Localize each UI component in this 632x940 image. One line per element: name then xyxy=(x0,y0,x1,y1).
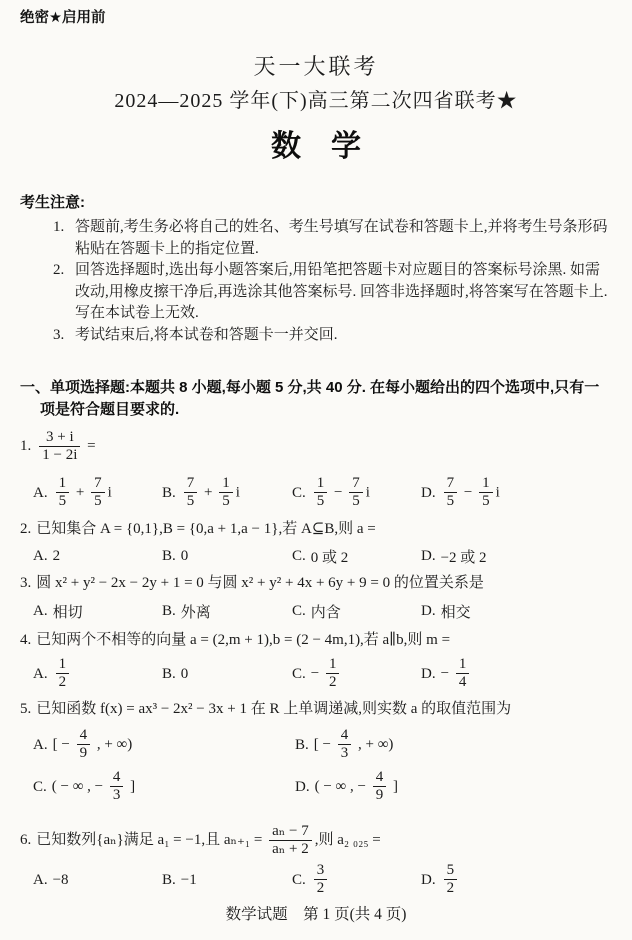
option-label: A. xyxy=(33,666,48,683)
question-5-options-row-2: C.( − ∞ , − 43 ] D.( − ∞ , − 49 ] xyxy=(33,770,612,804)
exam-session-title: 2024—2025 学年(下)高三第二次四省联考★ xyxy=(20,87,612,115)
question-number: 2. xyxy=(20,521,31,537)
question-6: 6.已知数列{aₙ}满足 a₁ = −1,且 aₙ₊₁ = aₙ − 7aₙ +… xyxy=(20,824,612,897)
option-a: A.15 + 75i xyxy=(33,476,162,510)
option-value: 15 + 75i xyxy=(53,476,112,510)
option-b: B.0 xyxy=(162,666,292,683)
option-value: [ − 49 , + ∞) xyxy=(53,728,133,762)
option-label: C. xyxy=(292,548,306,565)
option-label: D. xyxy=(421,485,436,502)
option-value: [ − 43 , + ∞) xyxy=(314,728,394,762)
option-c: C.内含 xyxy=(292,601,421,622)
option-value: 2 xyxy=(53,548,61,565)
option-value: − 14 xyxy=(441,657,473,691)
notice-item-marker: 1. xyxy=(53,217,75,260)
question-text: 已知两个不相等的向量 a = (2,m + 1),b = (2 − 4m,1),… xyxy=(36,632,450,648)
section-1-heading: 一、单项选择题:本题共 8 小题,每小题 5 分,共 40 分. 在每小题给出的… xyxy=(20,377,612,421)
question-6-stem: 6.已知数列{aₙ}满足 a₁ = −1,且 aₙ₊₁ = aₙ − 7aₙ +… xyxy=(20,824,612,858)
question-text: 3 + i1 − 2i = xyxy=(36,438,95,454)
option-d: D.52 xyxy=(421,863,612,897)
question-2-stem: 2.已知集合 A = {0,1},B = {0,a + 1,a − 1},若 A… xyxy=(20,518,612,540)
option-value: 内含 xyxy=(311,601,341,622)
option-value: 相交 xyxy=(441,601,471,622)
option-value: 外离 xyxy=(181,601,211,622)
option-label: C. xyxy=(292,603,306,620)
question-4-options: A.12 B.0 C.− 12 D.− 14 xyxy=(33,657,612,691)
fraction: 43 xyxy=(338,727,352,761)
option-label: B. xyxy=(162,666,176,683)
notice-item-text: 答题前,考生务必将自己的姓名、考生号填写在试卷和答题卡上,并将考生号条形码粘贴在… xyxy=(75,217,612,260)
option-label: C. xyxy=(33,779,47,796)
option-b: B.−1 xyxy=(162,872,292,889)
fraction: 49 xyxy=(373,769,387,803)
option-value: −8 xyxy=(53,872,69,889)
notice-item-2: 2. 回答选择题时,选出每小题答案后,用铅笔把答题卡对应题目的答案标号涂黑. 如… xyxy=(53,260,612,325)
option-a: A.[ − 49 , + ∞) xyxy=(33,728,295,762)
option-c: C.− 12 xyxy=(292,657,421,691)
option-label: B. xyxy=(162,485,176,502)
option-value: − 12 xyxy=(311,657,343,691)
fraction: 32 xyxy=(314,862,328,896)
exam-organization-title: 天一大联考 xyxy=(20,52,612,82)
fraction: 52 xyxy=(444,862,458,896)
question-3-options: A.相切 B.外离 C.内含 D.相交 xyxy=(33,601,612,622)
option-label: D. xyxy=(295,779,310,796)
notice-item-marker: 3. xyxy=(53,325,75,347)
option-value: −1 xyxy=(181,872,197,889)
question-5-options-row-1: A.[ − 49 , + ∞) B.[ − 43 , + ∞) xyxy=(33,728,612,762)
fraction: 49 xyxy=(77,727,91,761)
option-label: D. xyxy=(421,548,436,565)
option-b: B.[ − 43 , + ∞) xyxy=(295,728,557,762)
option-label: A. xyxy=(33,603,48,620)
question-text: 已知函数 f(x) = ax³ − 2x² − 3x + 1 在 R 上单调递减… xyxy=(36,701,511,717)
fraction: 43 xyxy=(110,769,124,803)
option-c: C.32 xyxy=(292,863,421,897)
fraction: aₙ − 7aₙ + 2 xyxy=(269,823,312,857)
option-d: D.相交 xyxy=(421,601,612,622)
option-a: A.−8 xyxy=(33,872,162,889)
question-number: 1. xyxy=(20,438,31,454)
fraction: 75 xyxy=(349,475,363,509)
option-value: 32 xyxy=(311,863,331,897)
option-d: D.75 − 15i xyxy=(421,476,612,510)
option-d: D.( − ∞ , − 49 ] xyxy=(295,770,557,804)
question-3-stem: 3.圆 x² + y² − 2x − 2y + 1 = 0 与圆 x² + y²… xyxy=(20,572,612,594)
option-label: B. xyxy=(162,603,176,620)
notice-item-marker: 2. xyxy=(53,260,75,325)
option-value: ( − ∞ , − 49 ] xyxy=(315,770,398,804)
notice-list: 1. 答题前,考生务必将自己的姓名、考生号填写在试卷和答题卡上,并将考生号条形码… xyxy=(20,217,612,346)
page-footer: 数学试题 第 1 页(共 4 页) xyxy=(20,904,612,926)
option-value: 75 + 15i xyxy=(181,476,240,510)
option-label: A. xyxy=(33,737,48,754)
option-label: B. xyxy=(162,872,176,889)
fraction: 15 xyxy=(314,475,328,509)
option-value: 0 或 2 xyxy=(311,546,349,567)
question-2-options: A.2 B.0 C.0 或 2 D.−2 或 2 xyxy=(33,546,612,567)
question-text: 已知数列{aₙ}满足 a₁ = −1,且 aₙ₊₁ = aₙ − 7aₙ + 2… xyxy=(36,832,381,848)
option-label: C. xyxy=(292,666,306,683)
question-3: 3.圆 x² + y² − 2x − 2y + 1 = 0 与圆 x² + y²… xyxy=(20,572,612,622)
option-c: C.0 或 2 xyxy=(292,546,421,567)
fraction: 75 xyxy=(444,475,458,509)
question-number: 5. xyxy=(20,701,31,717)
option-label: D. xyxy=(421,872,436,889)
question-1: 1.3 + i1 − 2i = A.15 + 75i B.75 + 15i C.… xyxy=(20,430,612,510)
notice-item-text: 回答选择题时,选出每小题答案后,用铅笔把答题卡对应题目的答案标号涂黑. 如需改动… xyxy=(75,260,612,325)
question-2: 2.已知集合 A = {0,1},B = {0,a + 1,a − 1},若 A… xyxy=(20,518,612,567)
option-c: C.( − ∞ , − 43 ] xyxy=(33,770,295,804)
option-value: −2 或 2 xyxy=(441,546,487,567)
notice-heading: 考生注意: xyxy=(20,192,612,214)
fraction: 12 xyxy=(56,656,70,690)
question-number: 3. xyxy=(20,575,31,591)
option-c: C.15 − 75i xyxy=(292,476,421,510)
question-5: 5.已知函数 f(x) = ax³ − 2x² − 3x + 1 在 R 上单调… xyxy=(20,698,612,804)
notice-item-3: 3. 考试结束后,将本试卷和答题卡一并交回. xyxy=(53,325,612,347)
option-value: 75 − 15i xyxy=(441,476,500,510)
question-5-stem: 5.已知函数 f(x) = ax³ − 2x² − 3x + 1 在 R 上单调… xyxy=(20,698,612,720)
fraction: 75 xyxy=(184,475,198,509)
option-label: D. xyxy=(421,603,436,620)
question-text: 已知集合 A = {0,1},B = {0,a + 1,a − 1},若 A⊆B… xyxy=(36,521,376,537)
option-value: 15 − 75i xyxy=(311,476,370,510)
option-label: B. xyxy=(295,737,309,754)
option-label: A. xyxy=(33,485,48,502)
option-label: B. xyxy=(162,548,176,565)
subject-title: 数 学 xyxy=(20,126,612,168)
question-4: 4.已知两个不相等的向量 a = (2,m + 1),b = (2 − 4m,1… xyxy=(20,629,612,691)
option-label: C. xyxy=(292,872,306,889)
option-label: D. xyxy=(421,666,436,683)
classification-banner: 绝密★启用前 xyxy=(20,8,612,28)
option-d: D.− 14 xyxy=(421,657,612,691)
option-d: D.−2 或 2 xyxy=(421,546,612,567)
option-label: A. xyxy=(33,548,48,565)
question-number: 4. xyxy=(20,632,31,648)
question-text: 圆 x² + y² − 2x − 2y + 1 = 0 与圆 x² + y² +… xyxy=(36,575,484,591)
option-b: B.外离 xyxy=(162,601,292,622)
fraction: 15 xyxy=(219,475,233,509)
option-b: B.0 xyxy=(162,548,292,565)
question-1-options: A.15 + 75i B.75 + 15i C.15 − 75i D.75 − … xyxy=(33,476,612,510)
option-value: 0 xyxy=(181,548,189,565)
option-label: A. xyxy=(33,872,48,889)
option-a: A.相切 xyxy=(33,601,162,622)
question-1-stem: 1.3 + i1 − 2i = xyxy=(20,430,612,464)
fraction: 12 xyxy=(326,656,340,690)
fraction: 15 xyxy=(56,475,70,509)
question-4-stem: 4.已知两个不相等的向量 a = (2,m + 1),b = (2 − 4m,1… xyxy=(20,629,612,651)
option-value: 12 xyxy=(53,657,73,691)
option-value: 相切 xyxy=(53,601,83,622)
fraction: 15 xyxy=(479,475,493,509)
fraction: 3 + i1 − 2i xyxy=(39,429,80,463)
fraction: 75 xyxy=(91,475,105,509)
notice-item-text: 考试结束后,将本试卷和答题卡一并交回. xyxy=(75,325,612,347)
option-a: A.2 xyxy=(33,548,162,565)
option-a: A.12 xyxy=(33,657,162,691)
option-value: 52 xyxy=(441,863,461,897)
option-label: C. xyxy=(292,485,306,502)
exam-page: 绝密★启用前 天一大联考 2024—2025 学年(下)高三第二次四省联考★ 数… xyxy=(0,0,632,926)
fraction: 14 xyxy=(456,656,470,690)
question-number: 6. xyxy=(20,832,31,848)
option-value: 0 xyxy=(181,666,189,683)
option-value: ( − ∞ , − 43 ] xyxy=(52,770,135,804)
question-6-options: A.−8 B.−1 C.32 D.52 xyxy=(33,863,612,897)
notice-item-1: 1. 答题前,考生务必将自己的姓名、考生号填写在试卷和答题卡上,并将考生号条形码… xyxy=(53,217,612,260)
option-b: B.75 + 15i xyxy=(162,476,292,510)
